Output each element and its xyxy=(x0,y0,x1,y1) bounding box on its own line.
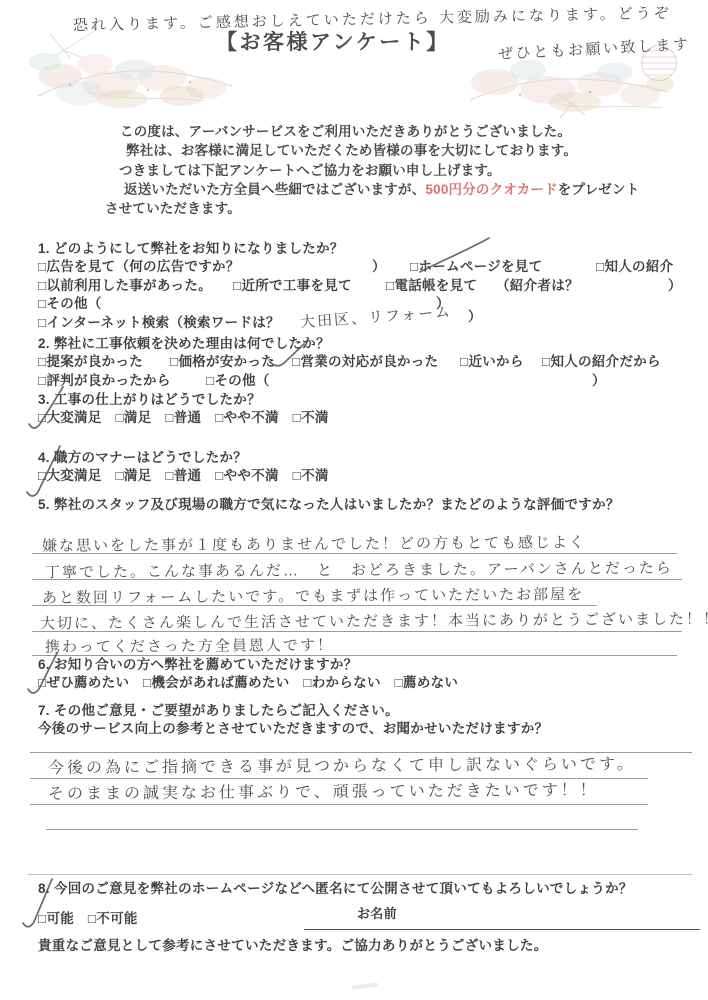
q1-handwritten-search-words: 大田区、リフォーム xyxy=(300,304,453,332)
q3-options-row: □大変満足 □満足 □普通 □やや不満 □不満 xyxy=(38,410,329,426)
q1-option-used-before: □以前利用した事があった。 xyxy=(38,278,212,294)
answer-rule xyxy=(32,655,677,656)
intro-line-5: させていただきます。 xyxy=(105,201,241,217)
q2-option-other: □その他（ xyxy=(206,373,270,389)
q4-title: 4. 職方のマナーはどうでしたか？ xyxy=(38,450,247,466)
q1-paren-close-ad: ） xyxy=(372,259,386,275)
q8-options-row: □可能 □不可能 xyxy=(38,911,138,927)
q5-answer-line-4: 大切に、たくさん楽しんで生活させていただきます！本当にありがとうございました！！ xyxy=(40,611,708,633)
intro-line-4: 返送いただいた方全員へ些細ではございますが、500円分のクオカードをプレゼント xyxy=(124,182,639,198)
answer-rule xyxy=(30,752,692,753)
q1-option-ad: □広告を見て（何の広告ですか？ xyxy=(38,259,240,275)
intro-line-4-pre: 返送いただいた方全員へ些細ではございますが、 xyxy=(124,182,425,197)
q3-title: 3. 工事の仕上がりはどうでしたか？ xyxy=(38,392,261,408)
answer-rule xyxy=(32,631,682,632)
q2-option-reputation: □評判が良かったから xyxy=(38,373,171,389)
quo-card-highlight: 500円分のクオカード xyxy=(425,182,557,197)
section-divider-rule xyxy=(28,874,692,875)
scan-smudge xyxy=(352,982,378,990)
page-title: 【お客様アンケート】 xyxy=(216,31,450,55)
name-field-label: お名前 xyxy=(357,907,397,922)
q5-answer-line-3: あと数回リフォームしたいです。でもまずは作っていただいたお部屋を xyxy=(42,586,584,607)
intro-line-2: 弊社は、お客様に満足していただくため皆様の事を大切にしております。 xyxy=(126,143,577,159)
name-field-line xyxy=(304,929,700,930)
q2-title: 2. 弊社に工事依頼を決めた理由は何でしたか？ xyxy=(38,336,330,352)
answer-rule xyxy=(32,579,682,580)
q1-option-other: □その他（ xyxy=(38,296,102,312)
q6-title: 6. お知り合いの方へ弊社を薦めていただけますか？ xyxy=(38,657,358,673)
sakura-cluster-left xyxy=(29,30,232,108)
q7-title: 7. その他ご意見・ご要望がありましたらご記入ください。 xyxy=(38,703,399,719)
intro-line-3: つきましては下記アンケートへご協力をお願い申し上げます。 xyxy=(119,163,501,179)
q5-answer-line-1: 嫌な思いをした事が１度もありませんでした！どの方もとても感じよく xyxy=(42,534,586,555)
q1-option-referral: □知人の紹介 xyxy=(596,259,673,275)
q1-option-homepage: □ホームページを見て xyxy=(410,259,542,275)
q2-option-sales-response: □営業の対応が良かった xyxy=(292,354,438,370)
q7-subtitle: 今後のサービス向上の参考とさせていただきますので、お聞かせいただけますか？ xyxy=(38,721,548,737)
q1-paren-close-referrer: ） xyxy=(668,278,682,294)
q1-option-phonebook: □電話帳を見て xyxy=(386,278,477,294)
q5-answer-line-5: 携わってくださった方全員恩人です！ xyxy=(45,637,334,656)
intro-line-4-post: をプレゼント xyxy=(558,182,640,197)
q7-answer-line-2: そのままの誠実なお仕事ぶりで、頑張っていただきたいです！！ xyxy=(48,782,599,804)
q5-title: 5. 弊社のスタッフ及び現場の職方で気になった人はいましたか？またどのような評価… xyxy=(38,497,620,513)
q1-option-internet-search: □インターネット検索（検索ワードは？ xyxy=(38,315,280,331)
answer-rule xyxy=(46,829,638,830)
q4-options-row: □大変満足 □満足 □普通 □やや不満 □不満 xyxy=(38,468,329,484)
q1-referrer-label: （紹介者は？ xyxy=(496,278,579,294)
q2-option-nearby: □近いから xyxy=(460,354,524,370)
answer-rule xyxy=(32,553,677,554)
scanned-survey-page: { "colors": { "highlight": "#dd6f6c", "i… xyxy=(0,0,708,1000)
hanko-stamp-icon xyxy=(641,45,677,81)
answer-rule xyxy=(30,778,648,779)
q7-answer-line-1: 今後の為にご指摘できる事が見つからなくて申し訳ないぐらいです。 xyxy=(48,756,636,778)
q2-paren-close-other: ） xyxy=(592,373,606,389)
q1-option-saw-construction: □近所で工事を見て xyxy=(233,278,352,294)
q1-paren-close-search: ） xyxy=(468,309,482,325)
q6-options-row: □ぜひ薦めたい □機会があれば薦めたい □わからない □薦めない xyxy=(38,675,458,691)
q8-title: 8. 今回のご意見を弊社のホームページなどへ匿名にて公開させて頂いてもよろしいで… xyxy=(38,881,633,897)
answer-rule xyxy=(30,804,648,805)
q1-title: 1. どのようにして弊社をお知りになりましたか？ xyxy=(38,241,344,257)
q2-option-price: □価格が安かった xyxy=(170,354,275,370)
q2-option-referral: □知人の紹介だから xyxy=(542,354,661,370)
footer-thanks: 貴重なご意見として参考にさせていただきます。ご協力ありがとうございました。 xyxy=(38,938,548,954)
q2-option-proposal: □提案が良かった xyxy=(38,354,143,370)
intro-line-1: この度は、アーバンサービスをご利用いただきありがとうございました。 xyxy=(120,124,571,140)
answer-rule xyxy=(32,605,597,606)
